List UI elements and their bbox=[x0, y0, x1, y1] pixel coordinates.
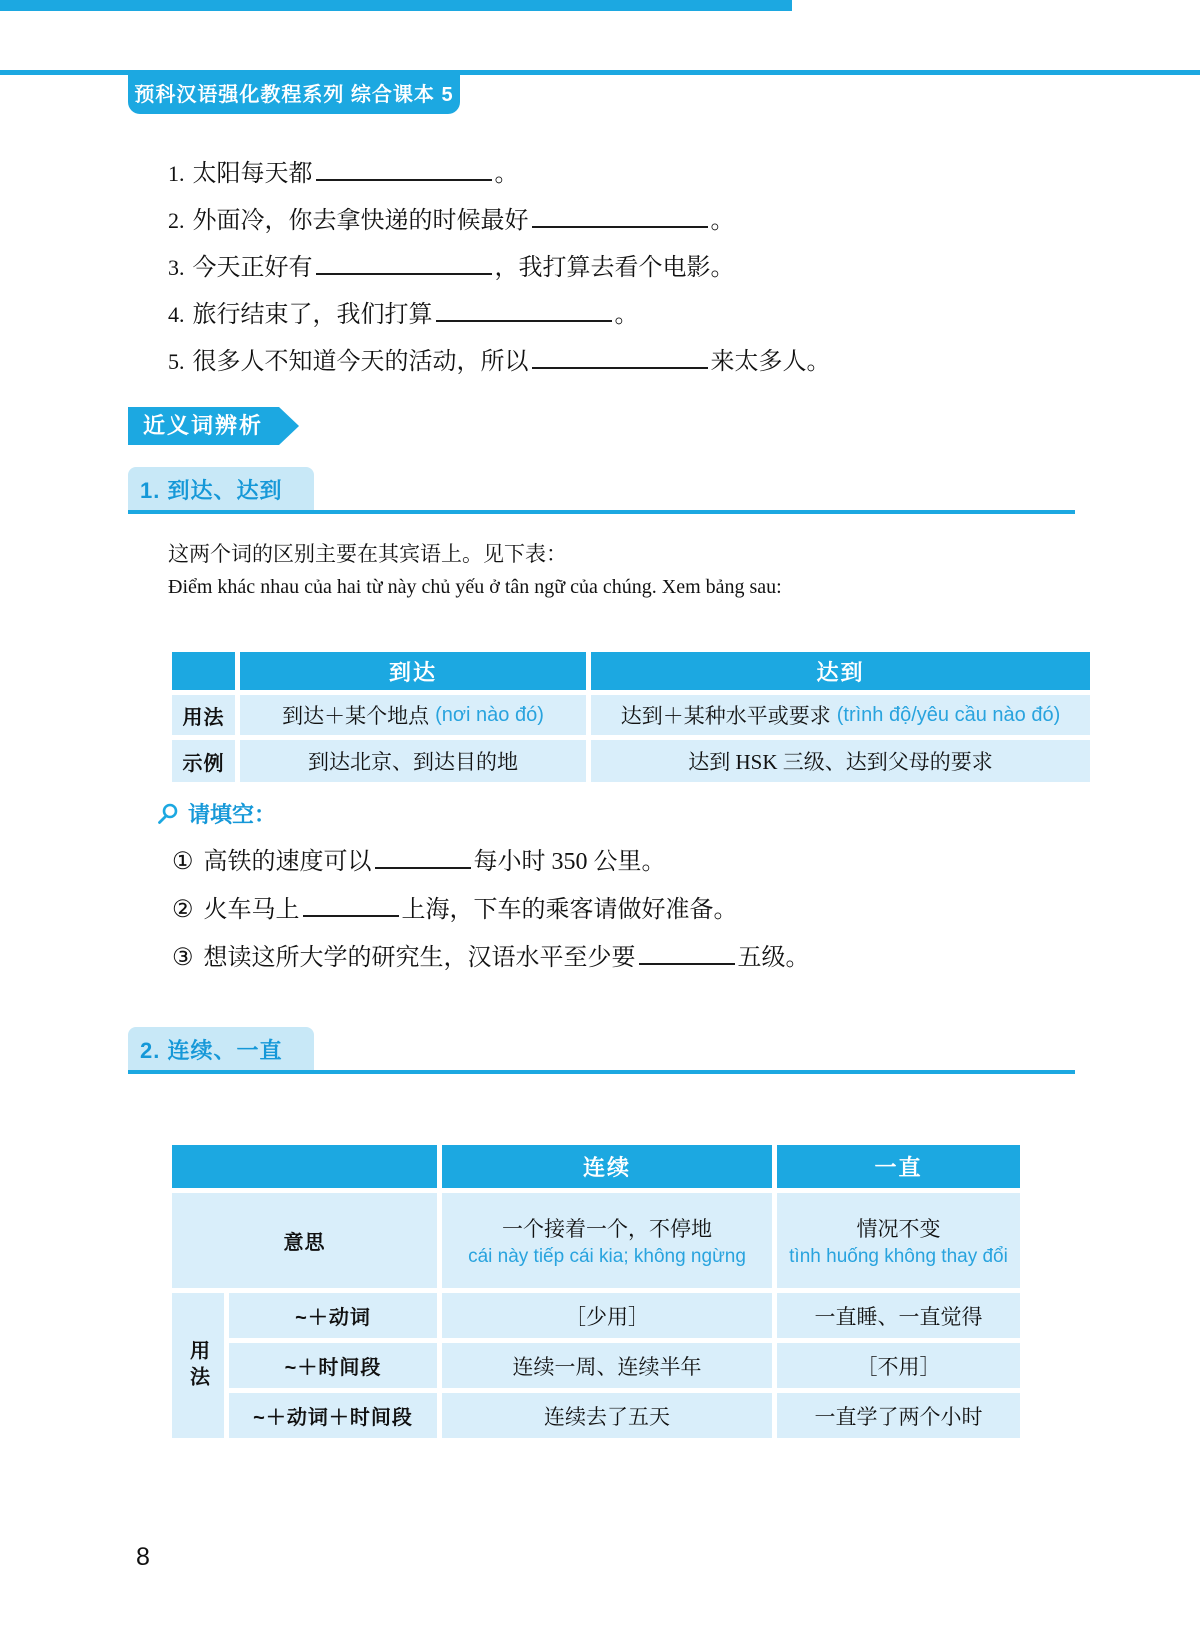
usage-daoda-zh: 到达＋某个地点 bbox=[282, 700, 429, 730]
column-header-yizhi: 一直 bbox=[777, 1145, 1020, 1188]
fill-blank bbox=[375, 844, 471, 869]
cell-meaning-lianxu: 一个接着一个，不停地 cái này tiếp cái kia; không n… bbox=[442, 1193, 772, 1288]
exercise-item-2: 2.外面冷，你去拿快递的时候最好。 bbox=[168, 197, 1088, 244]
fill-text-pre: 火车马上 bbox=[204, 897, 300, 923]
fill-blank bbox=[316, 250, 492, 275]
subsection-2-heading: 2. 连续、一直 bbox=[128, 1027, 1075, 1074]
fill-text-post: 五级。 bbox=[738, 945, 810, 971]
exercise-item-3: 3.今天正好有，我打算去看个电影。 bbox=[168, 244, 1088, 291]
cell-example-daoda: 到达北京、到达目的地 bbox=[240, 740, 586, 782]
exercise-number: 3. bbox=[168, 255, 185, 280]
fill-item-3: ③想读这所大学的研究生，汉语水平至少要五级。 bbox=[172, 934, 1092, 982]
meaning-yizhi-zh: 情况不变 bbox=[857, 1213, 941, 1243]
fill-in-heading: 请填空： bbox=[156, 798, 276, 829]
subsection-2-title: 2. 连续、一直 bbox=[128, 1027, 314, 1070]
table-daoda-dadao: 到达 达到 用法 到达＋某个地点 (nơi nào đó) 达到＋某种水平或要求… bbox=[172, 652, 1090, 782]
fill-text-post: 每小时 350 公里。 bbox=[474, 849, 666, 875]
row-label-example: 示例 bbox=[172, 740, 235, 782]
fill-blank bbox=[316, 156, 492, 181]
row-label-meaning: 意思 bbox=[172, 1193, 437, 1288]
cell-lianxu-3: 连续去了五天 bbox=[442, 1393, 772, 1438]
textbook-page: 预科汉语强化教程系列 综合课本 5 1.太阳每天都。 2.外面冷，你去拿快递的时… bbox=[0, 0, 1200, 1639]
column-header-daoda: 到达 bbox=[240, 652, 586, 690]
synonyms-section-banner: 近义词辨析 bbox=[128, 407, 299, 445]
fill-blank bbox=[436, 297, 612, 322]
usage-dadao-vi: (trình độ/yêu cầu nào đó) bbox=[837, 704, 1060, 727]
exercise-item-5: 5.很多人不知道今天的活动，所以来太多人。 bbox=[168, 338, 1088, 385]
series-badge: 预科汉语强化教程系列 综合课本 5 bbox=[128, 70, 460, 114]
cell-yizhi-1: 一直睡、一直觉得 bbox=[777, 1293, 1020, 1338]
cell-lianxu-1: ［少用］ bbox=[442, 1293, 772, 1338]
fill-blank bbox=[303, 892, 399, 917]
cell-yizhi-2: ［不用］ bbox=[777, 1343, 1020, 1388]
intro-zh: 这两个词的区别主要在其宾语上。见下表： bbox=[168, 538, 567, 568]
item-number: ① bbox=[172, 849, 194, 875]
cell-usage-dadao: 达到＋某种水平或要求 (trình độ/yêu cầu nào đó) bbox=[591, 695, 1090, 735]
meaning-lianxu-zh: 一个接着一个，不停地 bbox=[502, 1213, 712, 1243]
page-number: 8 bbox=[136, 1543, 150, 1572]
exercise-number: 4. bbox=[168, 302, 185, 327]
usage-dadao-zh: 达到＋某种水平或要求 bbox=[621, 700, 831, 730]
fill-item-2: ②火车马上上海，下车的乘客请做好准备。 bbox=[172, 886, 1092, 934]
subsection-1-title: 1. 到达、达到 bbox=[128, 467, 314, 510]
fill-item-1: ①高铁的速度可以每小时 350 公里。 bbox=[172, 838, 1092, 886]
usage-label-text: 用法 bbox=[184, 1340, 213, 1392]
subsection-1-heading: 1. 到达、达到 bbox=[128, 467, 1075, 514]
table-lianxu-yizhi: 连续 一直 意思 一个接着一个，不停地 cái này tiếp cái kia… bbox=[172, 1145, 1020, 1438]
item-number: ② bbox=[172, 897, 194, 923]
exercise-text-pre: 太阳每天都 bbox=[193, 161, 313, 187]
cell-yizhi-3: 一直学了两个小时 bbox=[777, 1393, 1020, 1438]
fill-blank bbox=[532, 344, 708, 369]
exercise-number: 5. bbox=[168, 349, 185, 374]
exercise-text-post: ，我打算去看个电影。 bbox=[495, 255, 735, 281]
exercise-text-pre: 今天正好有 bbox=[193, 255, 313, 281]
exercise-item-4: 4.旅行结束了，我们打算。 bbox=[168, 291, 1088, 338]
exercise-number: 1. bbox=[168, 161, 185, 186]
cell-example-dadao: 达到 HSK 三级、达到父母的要求 bbox=[591, 740, 1090, 782]
exercise-list: 1.太阳每天都。 2.外面冷，你去拿快递的时候最好。 3.今天正好有，我打算去看… bbox=[168, 150, 1088, 385]
cell-usage-daoda: 到达＋某个地点 (nơi nào đó) bbox=[240, 695, 586, 735]
column-header-dadao: 达到 bbox=[591, 652, 1090, 690]
cell-pattern-3: ~＋动词＋时间段 bbox=[229, 1393, 437, 1438]
magnifier-icon bbox=[156, 802, 180, 826]
usage-daoda-vi: (nơi nào đó) bbox=[435, 704, 544, 727]
meaning-yizhi-vi: tình huống không thay đổi bbox=[789, 1246, 1008, 1268]
meaning-lianxu-vi: cái này tiếp cái kia; không ngừng bbox=[468, 1246, 746, 1268]
fill-text-post: 上海，下车的乘客请做好准备。 bbox=[402, 897, 738, 923]
fill-blank bbox=[532, 203, 708, 228]
top-accent-bar bbox=[0, 0, 792, 11]
exercise-text-post: 。 bbox=[495, 161, 519, 187]
column-header-lianxu: 连续 bbox=[442, 1145, 772, 1188]
cell-meaning-yizhi: 情况不变 tình huống không thay đổi bbox=[777, 1193, 1020, 1288]
fill-text-pre: 高铁的速度可以 bbox=[204, 849, 372, 875]
table-corner-cell bbox=[172, 652, 235, 690]
row-label-usage-vertical: 用法 bbox=[172, 1293, 224, 1438]
fill-in-list: ①高铁的速度可以每小时 350 公里。 ②火车马上上海，下车的乘客请做好准备。 … bbox=[172, 838, 1092, 982]
exercise-text-post: 。 bbox=[615, 302, 639, 328]
exercise-text-pre: 外面冷，你去拿快递的时候最好 bbox=[193, 208, 529, 234]
cell-pattern-2: ~＋时间段 bbox=[229, 1343, 437, 1388]
cell-pattern-1: ~＋动词 bbox=[229, 1293, 437, 1338]
fill-blank bbox=[639, 940, 735, 965]
exercise-number: 2. bbox=[168, 208, 185, 233]
cell-lianxu-2: 连续一周、连续半年 bbox=[442, 1343, 772, 1388]
exercise-item-1: 1.太阳每天都。 bbox=[168, 150, 1088, 197]
item-number: ③ bbox=[172, 945, 194, 971]
row-label-usage: 用法 bbox=[172, 695, 235, 735]
exercise-text-pre: 很多人不知道今天的活动，所以 bbox=[193, 349, 529, 375]
exercise-text-pre: 旅行结束了，我们打算 bbox=[193, 302, 433, 328]
table-corner-cell bbox=[172, 1145, 437, 1188]
exercise-text-post: 。 bbox=[711, 208, 735, 234]
fill-text-pre: 想读这所大学的研究生，汉语水平至少要 bbox=[204, 945, 636, 971]
fill-in-label: 请填空： bbox=[188, 798, 276, 829]
intro-vi: Điểm khác nhau của hai từ này chủ yếu ở … bbox=[168, 576, 782, 599]
exercise-text-post: 来太多人。 bbox=[711, 349, 831, 375]
